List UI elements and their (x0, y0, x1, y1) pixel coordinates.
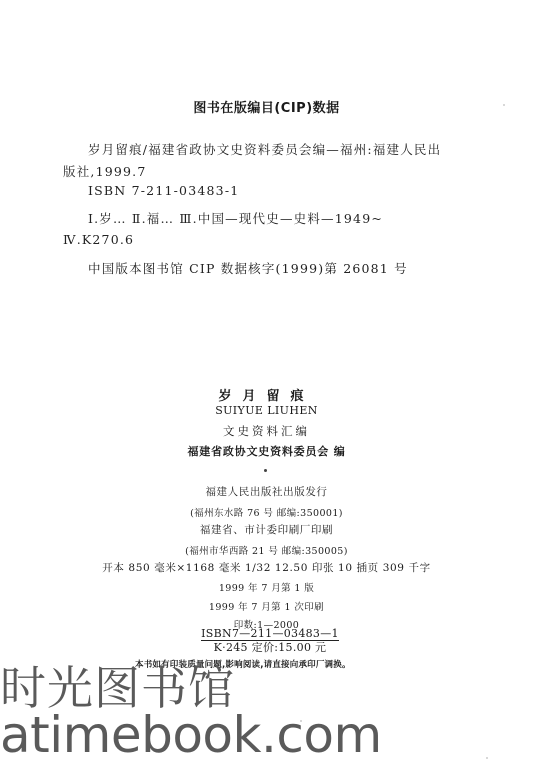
cip-isbn: ISBN 7-211-03483-1 (88, 183, 239, 198)
scan-speck (503, 104, 505, 106)
cip-heading: 图书在版编目(CIP)数据 (0, 97, 533, 116)
publisher-address: (福州东水路 76 号 邮编:350001) (0, 505, 533, 519)
editor-credit: 福建省政协文史资料委员会 编 (0, 443, 533, 459)
isbn-price-block: ISBN7—211—03483—1 K·245 定价:15.00 元 (180, 627, 360, 655)
cip-subjects-line1: Ⅰ.岁… Ⅱ.福… Ⅲ.中国—现代史—史料—1949~ (88, 209, 383, 227)
cip-verification: 中国版本图书馆 CIP 数据核字(1999)第 26081 号 (88, 259, 408, 277)
book-title: 岁月留痕 (0, 385, 533, 404)
cip-subjects-line2: Ⅳ.K270.6 (63, 232, 134, 247)
cip-entry-line1: 岁月留痕/福建省政协文史资料委员会编—福州:福建人民出 (88, 140, 441, 158)
scan-speck (486, 757, 488, 759)
isbn-code: ISBN7—211—03483—1 (201, 627, 339, 641)
printing-info: 1999 年 7 月第 1 次印刷 (0, 599, 533, 613)
book-pinyin-title: SUIYUE LIUHEN (0, 404, 533, 417)
format-specs: 开本 850 毫米×1168 毫米 1/32 12.50 印张 10 插页 30… (0, 560, 533, 575)
series-name: 文史资料汇编 (0, 423, 533, 439)
printer-address: (福州市华西路 21 号 邮编:350005) (0, 543, 533, 557)
edition-info: 1999 年 7 月第 1 版 (0, 580, 533, 594)
separator-dot (264, 469, 267, 472)
publisher: 福建人民出版社出版发行 (0, 484, 533, 499)
cip-entry-line2: 版社,1999.7 (63, 162, 147, 180)
class-price: K·245 定价:15.00 元 (180, 641, 360, 655)
scan-speck (300, 720, 302, 722)
printer: 福建省、市计委印刷厂印刷 (0, 522, 533, 537)
watermark-domain: atimebook.com (0, 705, 382, 765)
